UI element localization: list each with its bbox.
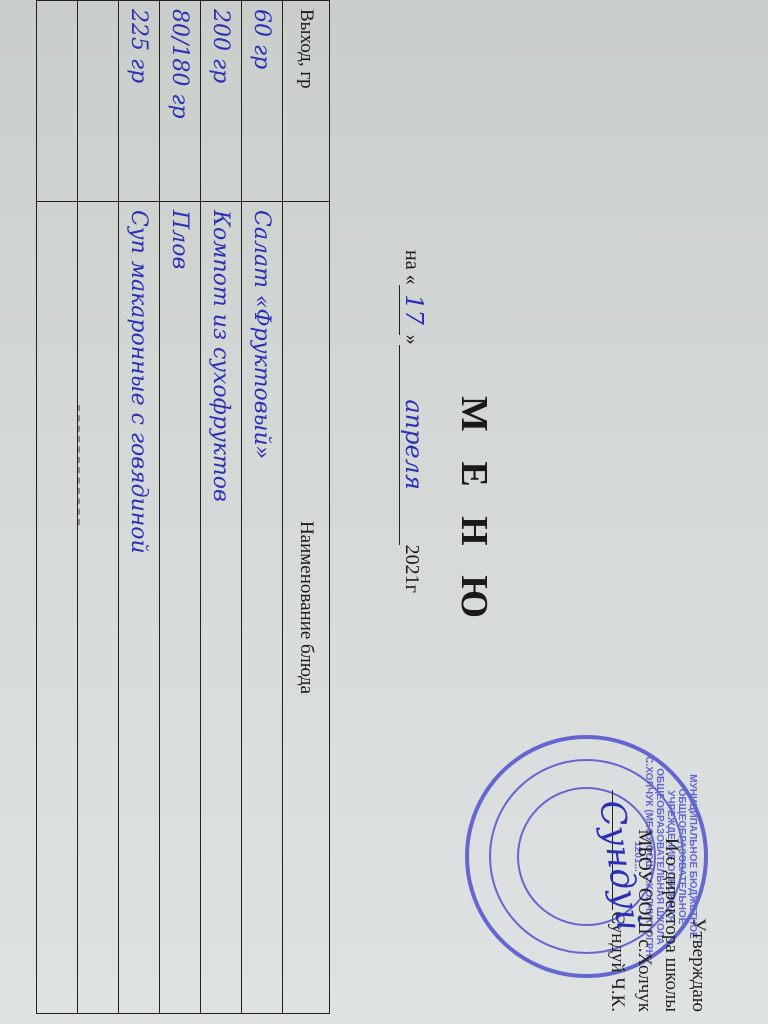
date-mid: »	[401, 335, 423, 345]
table-row: 200 гр Компот из сухофруктов	[201, 1, 242, 1014]
date-line: на «17»апреля2021г	[399, 250, 428, 593]
dish-cell: Плов	[160, 202, 201, 1014]
table-row	[78, 1, 119, 1014]
portion-cell: 225 гр	[119, 1, 160, 202]
table-row: 80/180 гр Плов	[160, 1, 201, 1014]
table-header-row: Выход, гр Наименование блюда	[283, 1, 330, 1014]
print-smudge	[68, 405, 80, 525]
date-year: 2021г	[401, 545, 423, 593]
date-month: апреля	[399, 345, 428, 545]
header-portion: Выход, гр	[283, 1, 330, 202]
dish-cell: Компот из сухофруктов	[201, 202, 242, 1014]
portion-cell: 80/180 гр	[160, 1, 201, 202]
portion-cell	[37, 1, 78, 202]
portion-cell: 60 гр	[242, 1, 283, 202]
date-day: 17	[399, 285, 428, 335]
page-title: М Е Н Ю	[452, 0, 496, 1024]
portion-cell	[78, 1, 119, 202]
dish-cell: Суп макаронные с говядиной	[119, 202, 160, 1014]
dish-cell	[78, 202, 119, 1014]
portion-cell: 200 гр	[201, 1, 242, 202]
date-prefix: на «	[401, 250, 423, 285]
header-dish-name: Наименование блюда	[283, 202, 330, 1014]
table-row: 225 гр Суп макаронные с говядиной	[119, 1, 160, 1014]
table-row: 60 гр Салат «Фруктовый»	[242, 1, 283, 1014]
menu-table: Выход, гр Наименование блюда 60 гр Салат…	[36, 0, 330, 1014]
menu-document: МУНИЦИПАЛЬНОЕ БЮДЖЕТНОЕ ОБЩЕОБРАЗОВАТЕЛЬ…	[0, 0, 768, 1024]
dish-cell: Салат «Фруктовый»	[242, 202, 283, 1014]
dish-cell	[37, 202, 78, 1014]
approval-position: И.о директора школы	[658, 660, 685, 1012]
approval-label: Утверждаю	[685, 660, 712, 1012]
